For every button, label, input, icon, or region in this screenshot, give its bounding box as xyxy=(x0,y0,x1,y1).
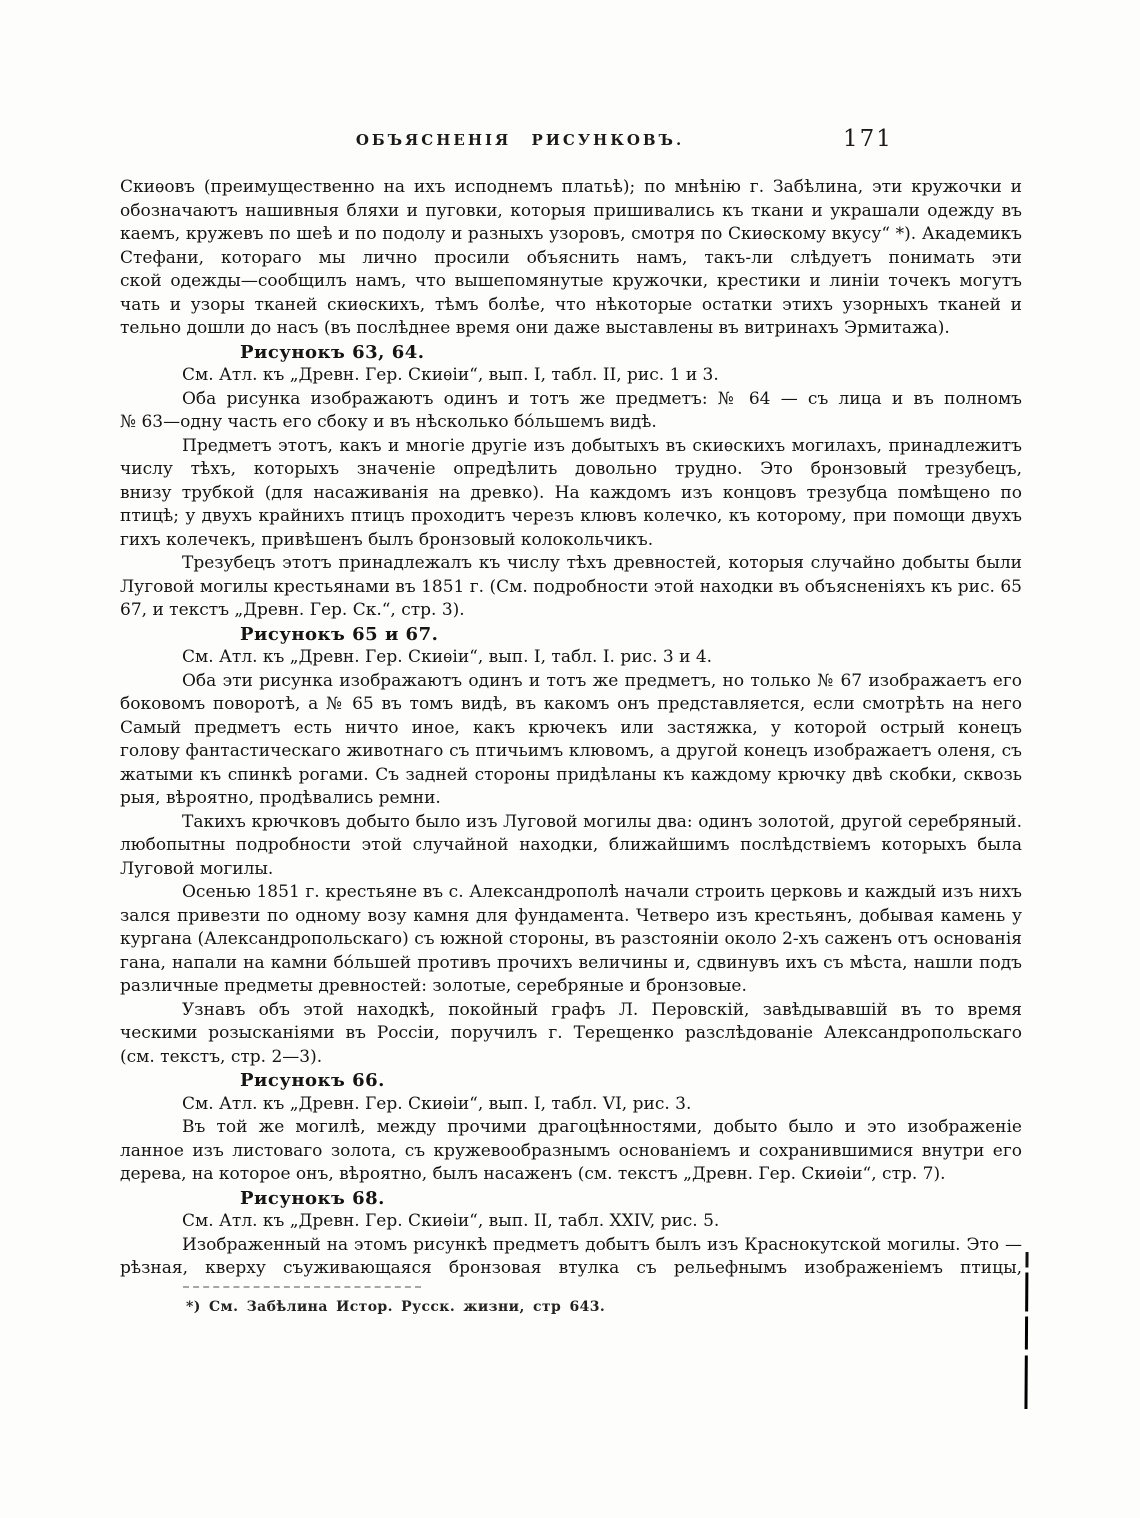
paragraph: Изображенный на этомъ рисункѣ предметъ д… xyxy=(120,1234,1022,1281)
text-line: Въ той же могилѣ, между прочими драгоцѣн… xyxy=(120,1116,1022,1140)
atlas-citation: См. Атл. къ „Древн. Гер. Скиѳіи“, вып. I… xyxy=(120,646,1022,670)
text-line: Самый предметъ есть ничто иное, какъ крю… xyxy=(120,717,1022,741)
text-line: № 63—одну часть его сбоку и въ нѣсколько… xyxy=(120,411,1022,435)
paragraph: Узнавъ объ этой находкѣ, покойный графъ … xyxy=(120,999,1022,1070)
text-line: 67, и текстъ „Древн. Гер. Ск.“, стр. 3). xyxy=(120,599,1022,623)
figure-heading: Рисунокъ 63, 64. xyxy=(120,341,1022,365)
atlas-citation: См. Атл. къ „Древн. Гер. Скиѳіи“, вып. I… xyxy=(120,364,1022,388)
paragraph: Оба эти рисунка изображаютъ одинъ и тотъ… xyxy=(120,670,1022,811)
scanned-book-page: ОБЪЯСНЕНІЯ РИСУНКОВЪ. 171 Скиѳовъ (преим… xyxy=(0,0,1140,1518)
paragraph: Скиѳовъ (преимущественно на ихъ исподнем… xyxy=(120,176,1022,341)
footnote-separator xyxy=(183,1286,421,1288)
text-line: обозначаютъ нашивныя бляхи и пуговки, ко… xyxy=(120,200,1022,224)
text-line: См. Атл. къ „Древн. Гер. Скиѳіи“, вып. I… xyxy=(120,364,1022,388)
text-line: Стефани, котораго мы лично просили объяс… xyxy=(120,247,1022,271)
text-line: Оба эти рисунка изображаютъ одинъ и тотъ… xyxy=(120,670,1022,694)
paragraph: Въ той же могилѣ, между прочими драгоцѣн… xyxy=(120,1116,1022,1187)
text-line: голову фантастическаго животнаго съ птич… xyxy=(120,740,1022,764)
text-line: Трезубецъ этотъ принадлежалъ къ числу тѣ… xyxy=(120,552,1022,576)
text-line: дерева, на которое онъ, вѣроятно, былъ н… xyxy=(120,1163,1022,1187)
paragraph: Оба рисунка изображаютъ одинъ и тотъ же … xyxy=(120,388,1022,435)
text-line: боковомъ поворотѣ, а № 65 въ томъ видѣ, … xyxy=(120,693,1022,717)
footnote: *) См. Забѣлина Истор. Русск. жизни, стр… xyxy=(186,1299,605,1315)
text-line: Такихъ крючковъ добыто было изъ Луговой … xyxy=(120,811,1022,835)
paragraph: Предметъ этотъ, какъ и многіе другіе изъ… xyxy=(120,435,1022,553)
atlas-citation: См. Атл. къ „Древн. Гер. Скиѳіи“, вып. I… xyxy=(120,1093,1022,1117)
text-line: Луговой могилы крестьянами въ 1851 г. (С… xyxy=(120,576,1022,600)
text-line: жатыми къ спинкѣ рогами. Съ задней сторо… xyxy=(120,764,1022,788)
text-line: См. Атл. къ „Древн. Гер. Скиѳіи“, вып. I… xyxy=(120,1093,1022,1117)
atlas-citation: См. Атл. къ „Древн. Гер. Скиѳіи“, вып. I… xyxy=(120,1210,1022,1234)
text-line: Осенью 1851 г. крестьяне въ с. Александр… xyxy=(120,881,1022,905)
text-line: чать и узоры тканей скиѳскихъ, тѣмъ болѣ… xyxy=(120,294,1022,318)
paragraph: Трезубецъ этотъ принадлежалъ къ числу тѣ… xyxy=(120,552,1022,623)
text-line: Рисунокъ 66. xyxy=(120,1069,1022,1093)
paragraph: Осенью 1851 г. крестьяне въ с. Александр… xyxy=(120,881,1022,999)
text-line: каемъ, кружевъ по шеѣ и по подолу и разн… xyxy=(120,223,1022,247)
text-line: Рисунокъ 68. xyxy=(120,1187,1022,1211)
text-line: См. Атл. къ „Древн. Гер. Скиѳіи“, вып. I… xyxy=(120,1210,1022,1234)
text-line: Скиѳовъ (преимущественно на ихъ исподнем… xyxy=(120,176,1022,200)
text-line: рыя, вѣроятно, продѣвались ремни. xyxy=(120,787,1022,811)
text-line: ческими розысканіями въ Россіи, поручилъ… xyxy=(120,1022,1022,1046)
text-line: любопытны подробности этой случайной нах… xyxy=(120,834,1022,858)
text-line: Узнавъ объ этой находкѣ, покойный графъ … xyxy=(120,999,1022,1023)
text-line: Оба рисунка изображаютъ одинъ и тотъ же … xyxy=(120,388,1022,412)
figure-heading: Рисунокъ 65 и 67. xyxy=(120,623,1022,647)
text-line: Луговой могилы. xyxy=(120,858,1022,882)
text-line: Рисунокъ 63, 64. xyxy=(120,341,1022,365)
text-line: различные предметы древностей: золотые, … xyxy=(120,975,1022,999)
text-line: См. Атл. къ „Древн. Гер. Скиѳіи“, вып. I… xyxy=(120,646,1022,670)
figure-heading: Рисунокъ 66. xyxy=(120,1069,1022,1093)
text-line: Предметъ этотъ, какъ и многіе другіе изъ… xyxy=(120,435,1022,459)
text-line: рѣзная, кверху съуживающаяся бронзовая в… xyxy=(120,1257,1022,1281)
text-line: ской одежды—сообщилъ намъ, что вышепомян… xyxy=(120,270,1022,294)
figure-heading: Рисунокъ 68. xyxy=(120,1187,1022,1211)
text-line: тельно дошли до насъ (въ послѣднее время… xyxy=(120,317,1022,341)
running-header: ОБЪЯСНЕНІЯ РИСУНКОВЪ. xyxy=(120,131,920,149)
text-line: зался привезти по одному возу камня для … xyxy=(120,905,1022,929)
text-line: ланное изъ листоваго золота, съ кружевоо… xyxy=(120,1140,1022,1164)
text-line: кургана (Александропольскаго) съ южной с… xyxy=(120,928,1022,952)
paragraph: Такихъ крючковъ добыто было изъ Луговой … xyxy=(120,811,1022,882)
text-line: птицѣ; у двухъ крайнихъ птицъ проходитъ … xyxy=(120,505,1022,529)
text-line: (см. текстъ, стр. 2—3). xyxy=(120,1046,1022,1070)
text-line: гана, напали на камни бо́льшей противъ п… xyxy=(120,952,1022,976)
text-line: внизу трубкой (для насаживанія на древко… xyxy=(120,482,1022,506)
scan-artifact-line xyxy=(1024,1252,1028,1409)
page-body: Скиѳовъ (преимущественно на ихъ исподнем… xyxy=(120,176,1022,1281)
text-line: числу тѣхъ, которыхъ значеніе опредѣлить… xyxy=(120,458,1022,482)
text-line: Рисунокъ 65 и 67. xyxy=(120,623,1022,647)
text-line: гихъ колечекъ, привѣшенъ былъ бронзовый … xyxy=(120,529,1022,553)
text-line: Изображенный на этомъ рисункѣ предметъ д… xyxy=(120,1234,1022,1258)
page-number: 171 xyxy=(843,126,893,152)
